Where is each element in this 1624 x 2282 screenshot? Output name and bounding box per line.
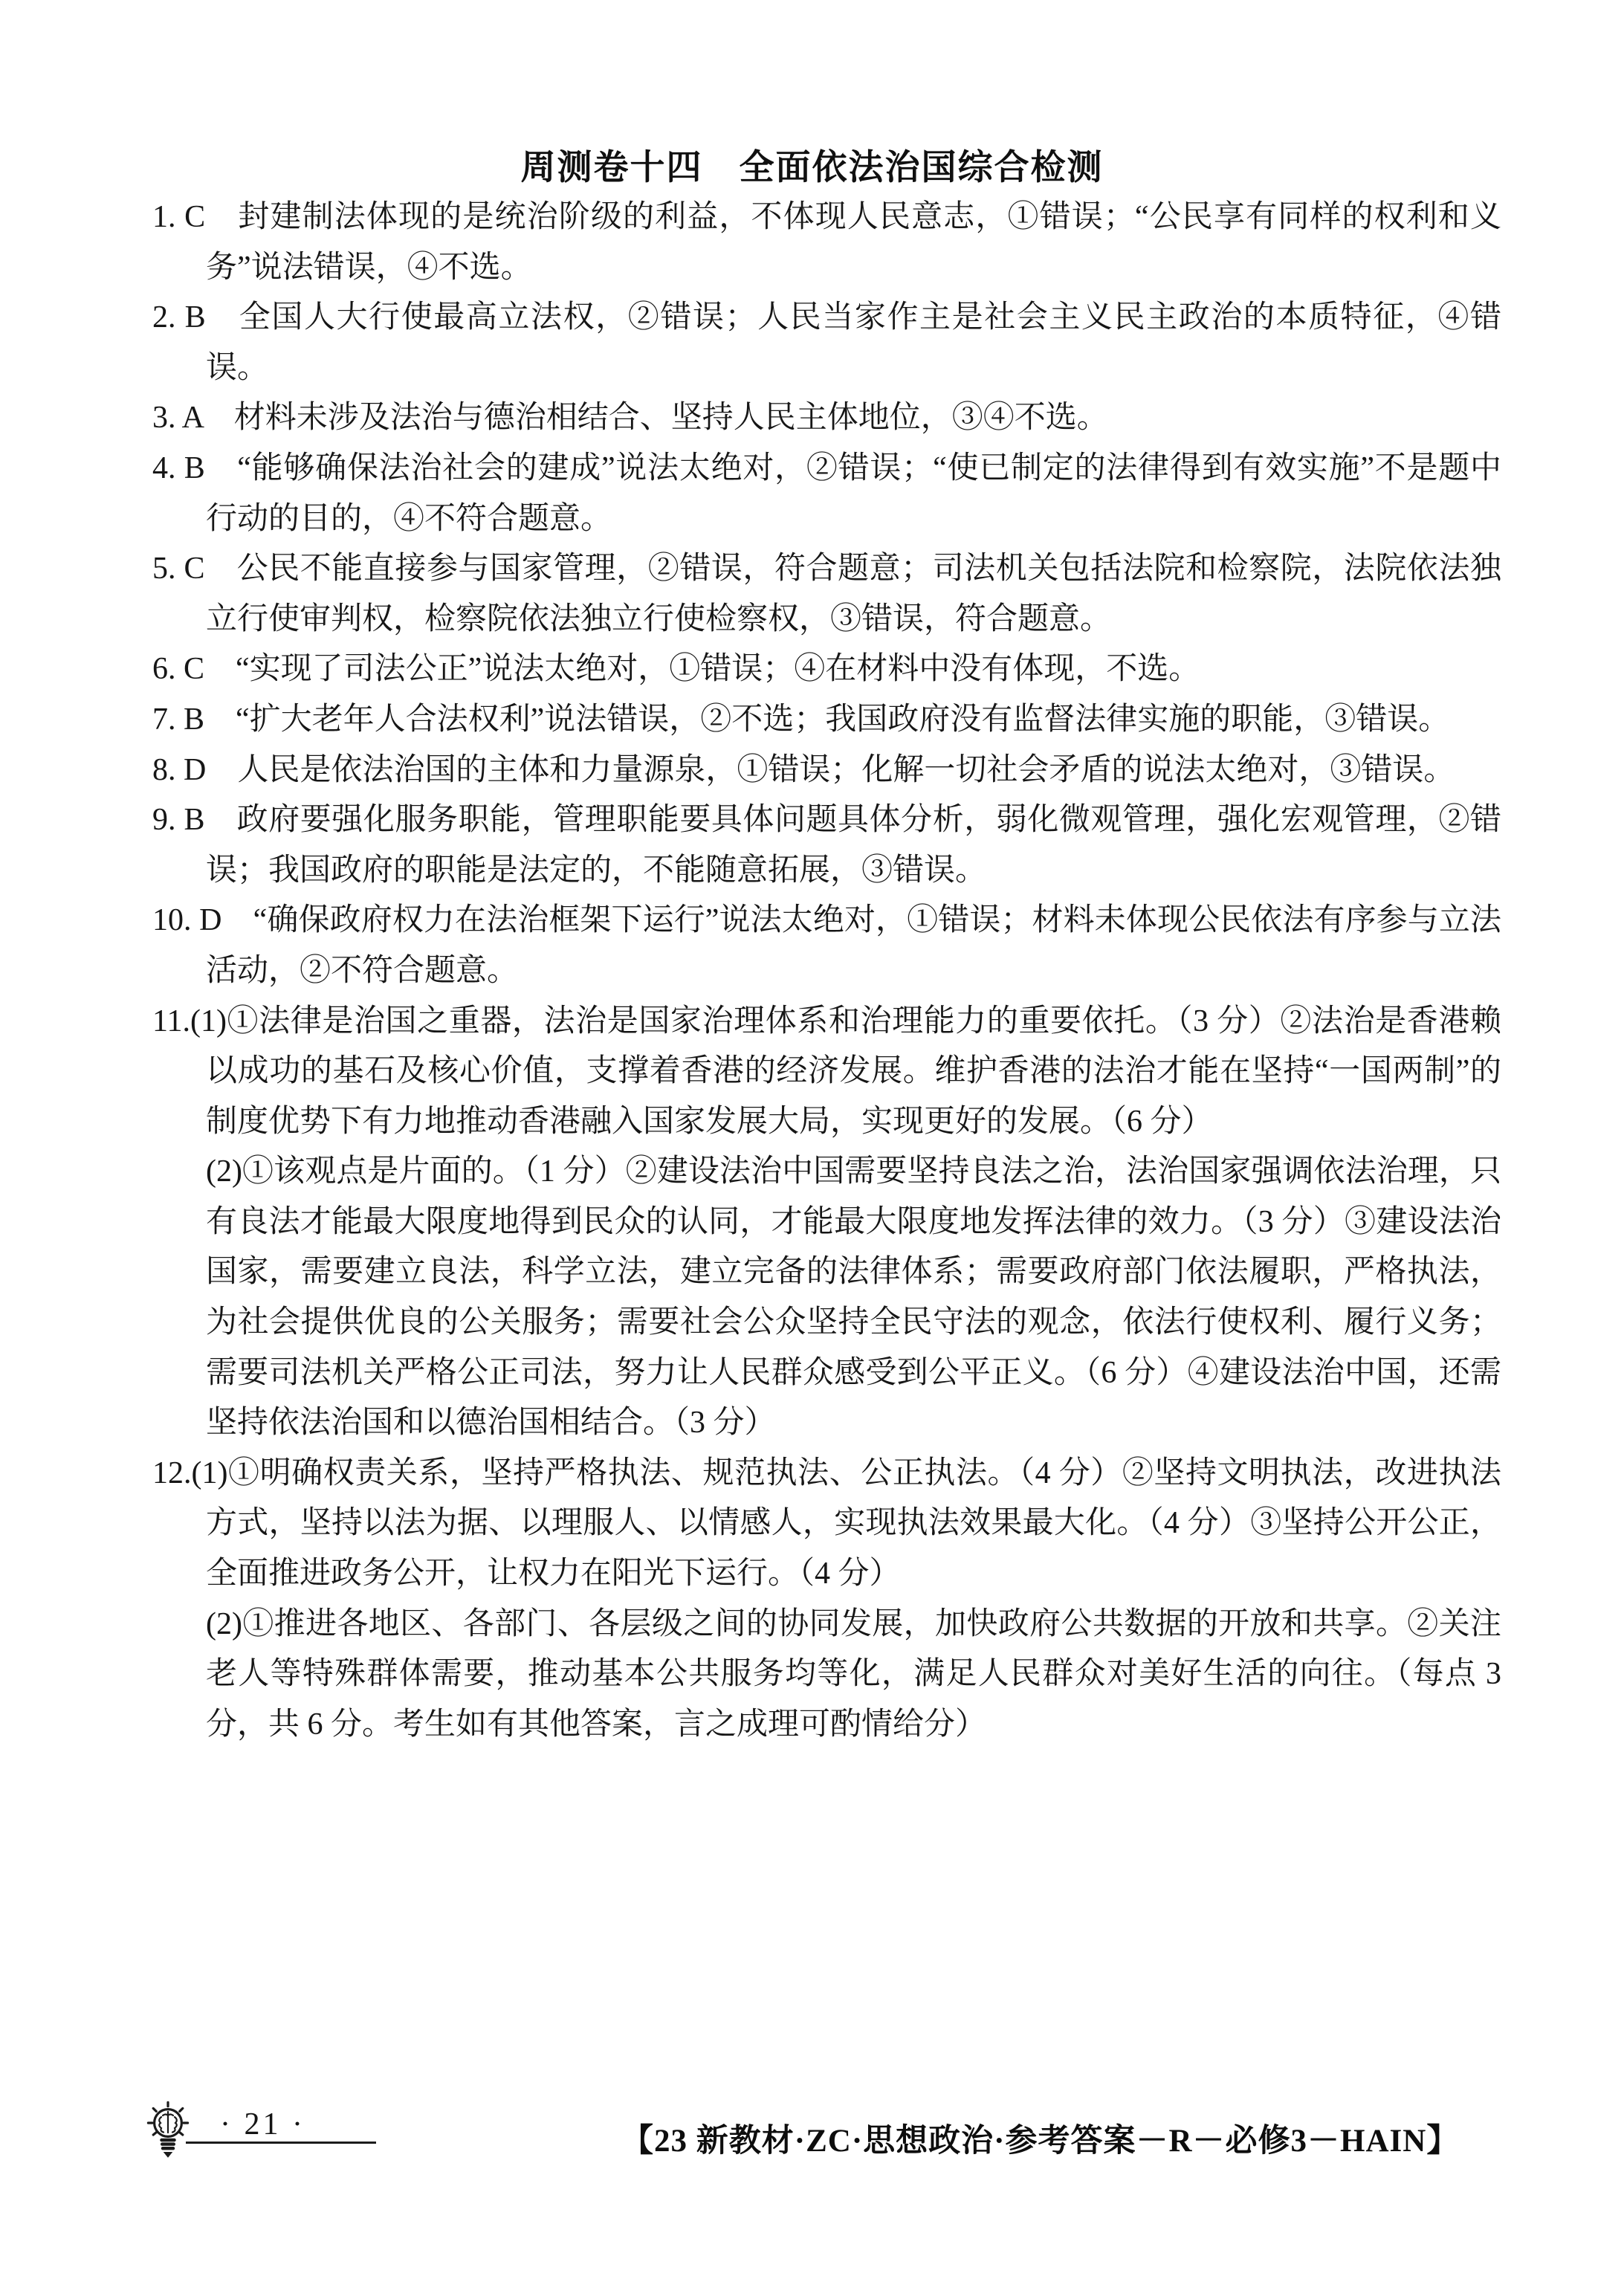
answer-text: 公民不能直接参与国家管理，②错误，符合题意；司法机关包括法院和检察院，法院依法独… <box>206 552 1501 636</box>
answer-paragraph: 4. B “能够确保法治社会的建成”说法太绝对，②错误；“使已制定的法律得到有效… <box>152 444 1501 544</box>
answer-paragraph: 8. D 人民是依法治国的主体和力量源泉，①错误；化解一切社会矛盾的说法太绝对，… <box>152 746 1501 796</box>
answer-item: 4. B “能够确保法治社会的建成”说法太绝对，②错误；“使已制定的法律得到有效… <box>152 444 1501 544</box>
answer-number: 10. D <box>152 903 253 937</box>
answer-item: 9. B 政府要强化服务职能，管理职能要具体问题具体分析，弱化微观管理，强化宏观… <box>152 795 1501 896</box>
answer-item: 10. D “确保政府权力在法治框架下运行”说法太绝对，①错误；材料未体现公民依… <box>152 896 1501 996</box>
answer-number: 1. C <box>152 200 238 234</box>
answer-paragraph: 1. C 封建制法体现的是统治阶级的利益，不体现人民意志，①错误；“公民享有同样… <box>152 193 1501 293</box>
edition-label: 【23 新教材·ZC·思想政治·参考答案－R－必修3－HAIN】 <box>621 2115 1459 2161</box>
answer-number: 4. B <box>152 451 237 485</box>
answer-item: 12.(1)①明确权责关系，坚持严格执法、规范执法、公正执法。（4 分）②坚持文… <box>152 1449 1501 1751</box>
answer-text: “扩大老年人合法权利”说法错误，②不选；我国政府没有监督法律实施的职能，③错误。 <box>236 702 1449 737</box>
answer-number: 2. B <box>152 300 239 334</box>
answer-subparagraph: (2)①该观点是片面的。（1 分）②建设法治中国需要坚持良法之治，法治国家强调依… <box>152 1147 1501 1449</box>
answer-number: 9. B <box>152 803 237 837</box>
answer-item: 11.(1)①法律是治国之重器，法治是国家治理体系和治理能力的重要依托。（3 分… <box>152 997 1501 1449</box>
answer-text: “能够确保法治社会的建成”说法太绝对，②错误；“使已制定的法律得到有效实施”不是… <box>206 451 1501 536</box>
answer-number: 8. D <box>152 753 237 787</box>
answer-text: 政府要强化服务职能，管理职能要具体问题具体分析，弱化微观管理，强化宏观管理，②错… <box>206 803 1501 888</box>
answer-paragraph: 3. A 材料未涉及法治与德治相结合、坚持人民主体地位，③④不选。 <box>152 393 1501 444</box>
answer-paragraph: 11.(1)①法律是治国之重器，法治是国家治理体系和治理能力的重要依托。（3 分… <box>152 997 1501 1148</box>
answer-text: (1)①明确权责关系，坚持严格执法、规范执法、公正执法。（4 分）②坚持文明执法… <box>192 1456 1502 1591</box>
answer-item: 1. C 封建制法体现的是统治阶级的利益，不体现人民意志，①错误；“公民享有同样… <box>152 193 1501 293</box>
answer-number: 3. A <box>152 401 234 435</box>
answer-number: 11. <box>152 1004 190 1038</box>
answer-item: 7. B “扩大老年人合法权利”说法错误，②不选；我国政府没有监督法律实施的职能… <box>152 695 1501 746</box>
answer-number: 7. B <box>152 702 236 737</box>
answer-text: (2)①该观点是片面的。（1 分）②建设法治中国需要坚持良法之治，法治国家强调依… <box>206 1154 1501 1440</box>
answer-text: 材料未涉及法治与德治相结合、坚持人民主体地位，③④不选。 <box>234 401 1108 435</box>
answer-paragraph: 6. C “实现了司法公正”说法太绝对，①错误；④在材料中没有体现，不选。 <box>152 644 1501 695</box>
answer-text: “实现了司法公正”说法太绝对，①错误；④在材料中没有体现，不选。 <box>236 652 1200 686</box>
answer-text: (2)①推进各地区、各部门、各层级之间的协同发展，加快政府公共数据的开放和共享。… <box>206 1607 1501 1742</box>
answer-paragraph: 7. B “扩大老年人合法权利”说法错误，②不选；我国政府没有监督法律实施的职能… <box>152 695 1501 746</box>
answer-subparagraph: (2)①推进各地区、各部门、各层级之间的协同发展，加快政府公共数据的开放和共享。… <box>152 1600 1501 1751</box>
answers-list: 1. C 封建制法体现的是统治阶级的利益，不体现人民意志，①错误；“公民享有同样… <box>152 193 1501 1750</box>
answer-paragraph: 2. B 全国人大行使最高立法权，②错误；人民当家作主是社会主义民主政治的本质特… <box>152 293 1501 393</box>
answer-paragraph: 9. B 政府要强化服务职能，管理职能要具体问题具体分析，弱化微观管理，强化宏观… <box>152 795 1501 896</box>
answer-paragraph: 10. D “确保政府权力在法治框架下运行”说法太绝对，①错误；材料未体现公民依… <box>152 896 1501 996</box>
answer-paragraph: 5. C 公民不能直接参与国家管理，②错误，符合题意；司法机关包括法院和检察院，… <box>152 544 1501 644</box>
footer-rule <box>186 2142 376 2144</box>
answer-item: 6. C “实现了司法公正”说法太绝对，①错误；④在材料中没有体现，不选。 <box>152 644 1501 695</box>
answer-number: 6. C <box>152 652 236 686</box>
answer-number: 12. <box>152 1456 192 1490</box>
answer-item: 3. A 材料未涉及法治与德治相结合、坚持人民主体地位，③④不选。 <box>152 393 1501 444</box>
answer-text: (1)①法律是治国之重器，法治是国家治理体系和治理能力的重要依托。（3 分）②法… <box>190 1004 1501 1139</box>
answer-text: 封建制法体现的是统治阶级的利益，不体现人民意志，①错误；“公民享有同样的权利和义… <box>206 200 1501 285</box>
answer-text: “确保政府权力在法治框架下运行”说法太绝对，①错误；材料未体现公民依法有序参与立… <box>206 903 1501 988</box>
page-title: 周测卷十四 全面依法治国综合检测 <box>0 140 1624 190</box>
answer-text: 全国人大行使最高立法权，②错误；人民当家作主是社会主义民主政治的本质特征，④错误… <box>206 300 1501 385</box>
answer-item: 5. C 公民不能直接参与国家管理，②错误，符合题意；司法机关包括法院和检察院，… <box>152 544 1501 644</box>
answer-sheet-page: 周测卷十四 全面依法治国综合检测 1. C 封建制法体现的是统治阶级的利益，不体… <box>0 0 1624 2282</box>
answer-paragraph: 12.(1)①明确权责关系，坚持严格执法、规范执法、公正执法。（4 分）②坚持文… <box>152 1449 1501 1600</box>
lightbulb-idea-icon <box>146 2101 190 2166</box>
answer-item: 2. B 全国人大行使最高立法权，②错误；人民当家作主是社会主义民主政治的本质特… <box>152 293 1501 393</box>
page-number: · 21 · <box>220 2107 305 2142</box>
answer-item: 8. D 人民是依法治国的主体和力量源泉，①错误；化解一切社会矛盾的说法太绝对，… <box>152 746 1501 796</box>
answer-text: 人民是依法治国的主体和力量源泉，①错误；化解一切社会矛盾的说法太绝对，③错误。 <box>237 753 1455 787</box>
answer-number: 5. C <box>152 552 237 586</box>
